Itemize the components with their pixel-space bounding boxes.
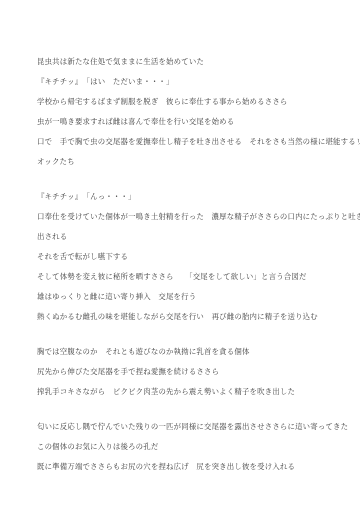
text-line: 出される <box>37 227 334 247</box>
text-line: 雄はゆっくりと雌に這い寄り挿入 交尾を行う <box>37 287 334 307</box>
text-line: 既に準備万端でささらもお尻の穴を捏ね広げ 尻を突き出し彼を受け入れる <box>37 457 334 477</box>
text-line: 虫が一鳴き要求すれば雌は喜んで奉仕を行い交尾を始める <box>37 112 334 132</box>
text-line: 匂いに反応し隅で佇んでいた残りの一匹が同様に交尾器を露出させささらに這い寄ってき… <box>37 417 334 437</box>
text-line: 胸では空腹なのか それとも遊びなのか執拗に乳首を貪る個体 <box>37 342 334 362</box>
text-line: それを舌で転がし嚥下する <box>37 247 334 267</box>
text-line: 尻先から伸びた交尾器を手で捏ね愛撫を続けるささら <box>37 362 334 382</box>
text-line: 口で 手で胸で虫の交尾器を愛撫奉仕し精子を吐き出させる それをさも当然の様に堪能… <box>37 132 334 152</box>
text-line: 『キチチッ』 「はい ただいま・・・」 <box>37 72 334 92</box>
text-line: 熱くぬかるむ雌孔の味を堪能しながら交尾を行い 再び雌の胎内に精子を送り込む <box>37 307 334 327</box>
text-line: そして体勢を変え彼に秘所を晒すささら 「交尾をして欲しい」と言う合図だ <box>37 267 334 287</box>
text-line: 昆虫共は新たな住処で気ままに生活を始めていた <box>37 52 334 72</box>
document-page: 昆虫共は新たな住処で気ままに生活を始めていた 『キチチッ』 「はい ただいま・・… <box>0 0 360 509</box>
text-line: 搾乳手コキさながら ビクビク肉茎の先から震え勢いよく精子を吹き出した <box>37 382 334 402</box>
text-line: オックたち <box>37 152 334 172</box>
text-line: 学校から帰宅するばまず制服を脱ぎ 彼らに奉仕する事から始めるささら <box>37 92 334 112</box>
text-line: この個体のお気に入りは後ろの孔だ <box>37 437 334 457</box>
text-line: 『キチチッ』 「んっ・・・」 <box>37 187 334 207</box>
text-line: 口奉仕を受けていた個体が一鳴き土射精を行った 濃厚な精子がささらの口内にたっぷり… <box>37 207 334 227</box>
